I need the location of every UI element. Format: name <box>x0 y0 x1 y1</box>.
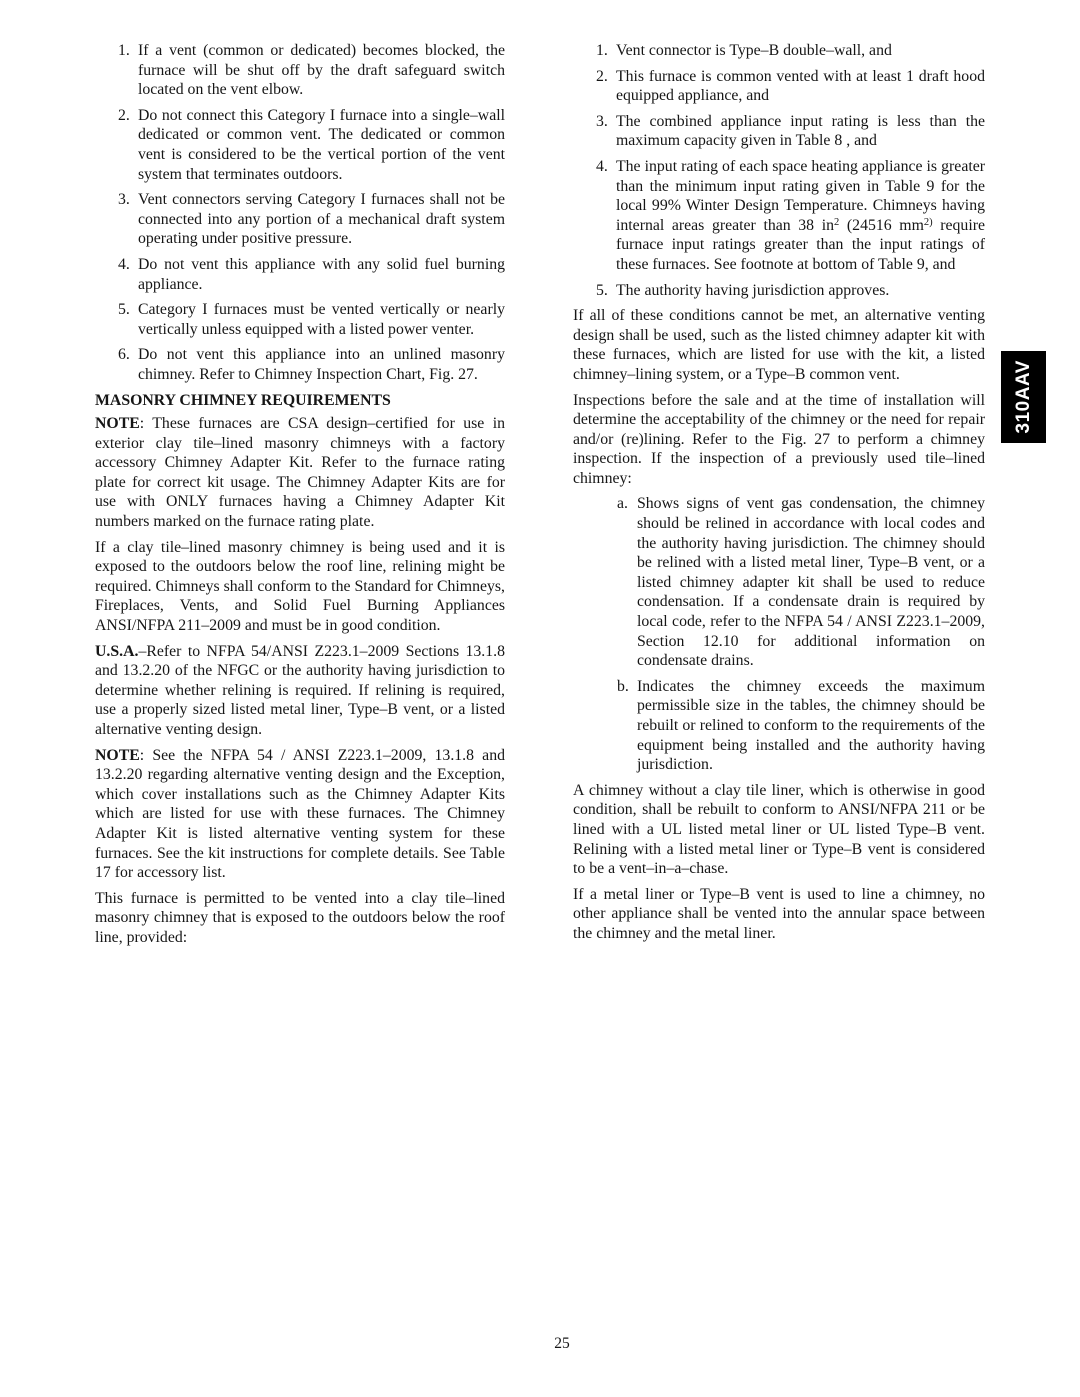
sub-list-item-text: Shows signs of vent gas condensation, th… <box>637 495 985 669</box>
list-item: 6. Do not vent this appliance into an un… <box>95 345 505 384</box>
model-tab-label: 310AAV <box>1014 360 1034 433</box>
list-item-text: Vent connectors serving Category I furna… <box>138 191 505 247</box>
paragraph-text: Inspections before the sale and at the t… <box>573 392 985 487</box>
list-item-text: This furnace is common vented with at le… <box>616 68 985 105</box>
superscript: 2 <box>834 217 839 228</box>
paragraph: If all of these conditions cannot be met… <box>573 306 985 384</box>
sub-list-item-letter: b. <box>617 677 629 697</box>
list-item-number: 1. <box>118 41 130 61</box>
section-heading: MASONRY CHIMNEY REQUIREMENTS <box>95 391 505 411</box>
paragraph-text: If a clay tile–lined masonry chimney is … <box>95 539 505 634</box>
list-item-number: 2. <box>118 106 130 126</box>
list-item: 3. The combined appliance input rating i… <box>573 112 985 151</box>
list-item: 5. Category I furnaces must be vented ve… <box>95 300 505 339</box>
list-item-number: 2. <box>596 67 608 87</box>
paragraph-text: This furnace is permitted to be vented i… <box>95 890 505 946</box>
left-column: 1. If a vent (common or dedicated) becom… <box>95 41 505 954</box>
bold-lead: U.S.A. <box>95 643 138 660</box>
page-number: 25 <box>554 1334 570 1354</box>
superscript: 2) <box>924 217 933 228</box>
list-item: 5. The authority having jurisdiction app… <box>573 281 985 301</box>
list-item-number: 6. <box>118 345 130 365</box>
list-item: 2. Do not connect this Category I furnac… <box>95 106 505 184</box>
sub-list-item: a. Shows signs of vent gas condensation,… <box>573 494 985 670</box>
list-item-text: Vent connector is Type–B double–wall, an… <box>616 42 892 59</box>
list-item-text: If a vent (common or dedicated) becomes … <box>138 42 505 98</box>
right-column: 1. Vent connector is Type–B double–wall,… <box>573 41 985 950</box>
list-item: 4. The input rating of each space heatin… <box>573 157 985 275</box>
paragraph: U.S.A.–Refer to NFPA 54/ANSI Z223.1–2009… <box>95 642 505 740</box>
paragraph-text: A chimney without a clay tile liner, whi… <box>573 782 985 877</box>
list-item-number: 5. <box>118 300 130 320</box>
list-item: 3. Vent connectors serving Category I fu… <box>95 190 505 249</box>
sub-list-item-letter: a. <box>617 494 628 514</box>
list-item-text: The combined appliance input rating is l… <box>616 113 985 150</box>
list-item: 1. If a vent (common or dedicated) becom… <box>95 41 505 100</box>
list-item-number: 1. <box>596 41 608 61</box>
paragraph-text: : These furnaces are CSA design–certifie… <box>95 415 505 530</box>
model-tab: 310AAV <box>1001 351 1046 443</box>
paragraph: Inspections before the sale and at the t… <box>573 391 985 489</box>
list-item-number: 3. <box>118 190 130 210</box>
document-page: 1. If a vent (common or dedicated) becom… <box>0 0 1080 1397</box>
sub-list-item: b. Indicates the chimney exceeds the max… <box>573 677 985 775</box>
paragraph: If a metal liner or Type–B vent is used … <box>573 885 985 944</box>
list-item-text: The authority having jurisdiction approv… <box>616 282 889 299</box>
list-item-text: Do not vent this appliance with any soli… <box>138 256 505 293</box>
list-item-text: Do not vent this appliance into an unlin… <box>138 346 505 383</box>
list-item-number: 5. <box>596 281 608 301</box>
list-item-number: 3. <box>596 112 608 132</box>
list-item-number: 4. <box>118 255 130 275</box>
paragraph: This furnace is permitted to be vented i… <box>95 889 505 948</box>
list-item: 4. Do not vent this appliance with any s… <box>95 255 505 294</box>
paragraph-text: : See the NFPA 54 / ANSI Z223.1–2009, 13… <box>95 747 505 882</box>
list-item: 1. Vent connector is Type–B double–wall,… <box>573 41 985 61</box>
paragraph: NOTE: These furnaces are CSA design–cert… <box>95 414 505 532</box>
paragraph: A chimney without a clay tile liner, whi… <box>573 781 985 879</box>
list-item: 2. This furnace is common vented with at… <box>573 67 985 106</box>
bold-lead: NOTE <box>95 415 140 432</box>
sub-list-item-text: Indicates the chimney exceeds the maximu… <box>637 678 985 773</box>
text-segment: (24516 mm <box>839 217 924 234</box>
paragraph: If a clay tile–lined masonry chimney is … <box>95 538 505 636</box>
list-item-text: The input rating of each space heating a… <box>616 158 985 273</box>
paragraph-text: If all of these conditions cannot be met… <box>573 307 985 383</box>
bold-lead: NOTE <box>95 747 140 764</box>
list-item-text: Category I furnaces must be vented verti… <box>138 301 505 338</box>
list-item-text: Do not connect this Category I furnace i… <box>138 107 505 183</box>
paragraph-text: –Refer to NFPA 54/ANSI Z223.1–2009 Secti… <box>95 643 505 738</box>
paragraph-text: If a metal liner or Type–B vent is used … <box>573 886 985 942</box>
paragraph: NOTE: See the NFPA 54 / ANSI Z223.1–2009… <box>95 746 505 883</box>
list-item-number: 4. <box>596 157 608 177</box>
